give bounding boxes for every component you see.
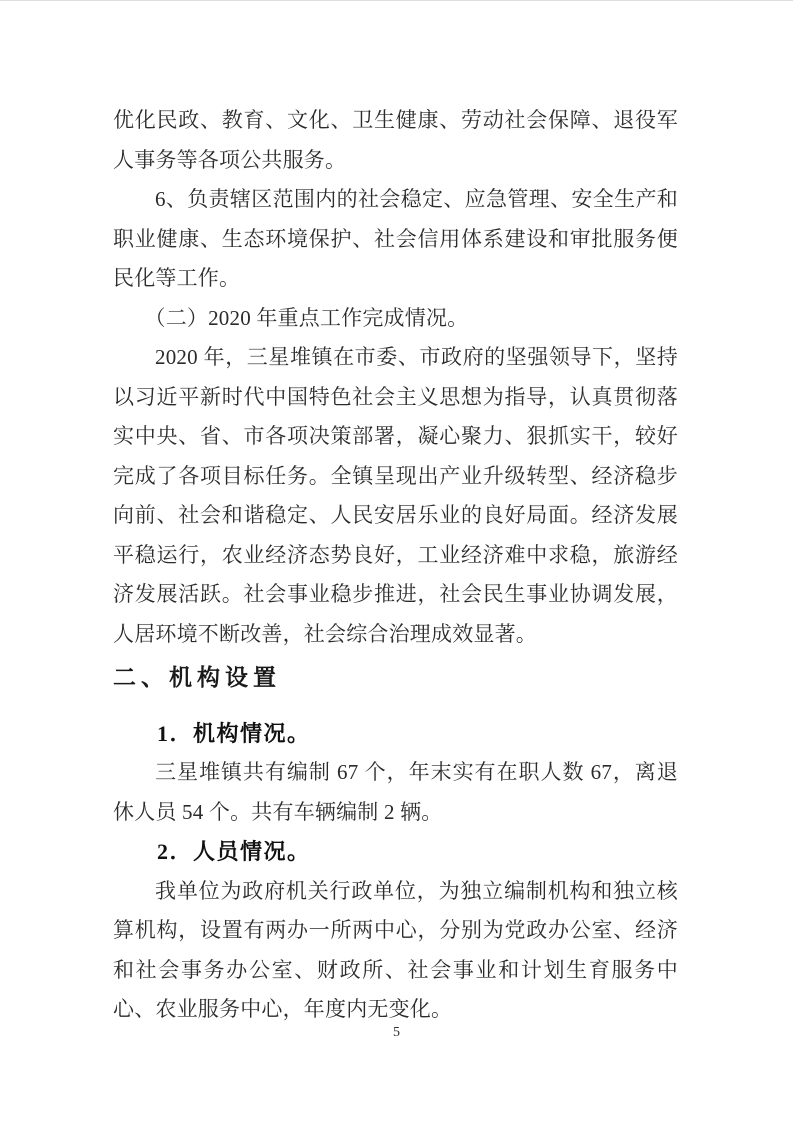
document-content: 优化民政、教育、文化、卫生健康、劳动社会保障、退役军人事务等各项公共服务。 6、… — [113, 101, 678, 1030]
section-heading-organization-setup: 二、机构设置 — [113, 658, 678, 698]
subsection-heading-personnel-status: 2．人员情况。 — [113, 832, 678, 872]
paragraph-2020-key-work-title: （二）2020 年重点工作完成情况。 — [113, 299, 678, 339]
paragraph-2020-summary: 2020 年，三星堆镇在市委、市政府的坚强领导下，坚持以习近平新时代中国特色社会… — [113, 338, 678, 654]
page-number: 5 — [0, 1024, 793, 1042]
paragraph-item-6-duties: 6、负责辖区范围内的社会稳定、应急管理、安全生产和职业健康、生态环境保护、社会信… — [113, 180, 678, 299]
paragraph-public-services: 优化民政、教育、文化、卫生健康、劳动社会保障、退役军人事务等各项公共服务。 — [113, 101, 678, 180]
page-top-edge-line — [0, 0, 793, 1]
document-page: { "document": { "body": [ { "type": "par… — [0, 0, 793, 1122]
subsection-heading-organization-status: 1．机构情况。 — [113, 714, 678, 754]
paragraph-personnel-details: 我单位为政府机关行政单位，为独立编制机构和独立核算机构，设置有两办一所两中心，分… — [113, 872, 678, 1030]
paragraph-staffing-numbers: 三星堆镇共有编制 67 个，年末实有在职人数 67，离退休人员 54 个。共有车… — [113, 753, 678, 832]
